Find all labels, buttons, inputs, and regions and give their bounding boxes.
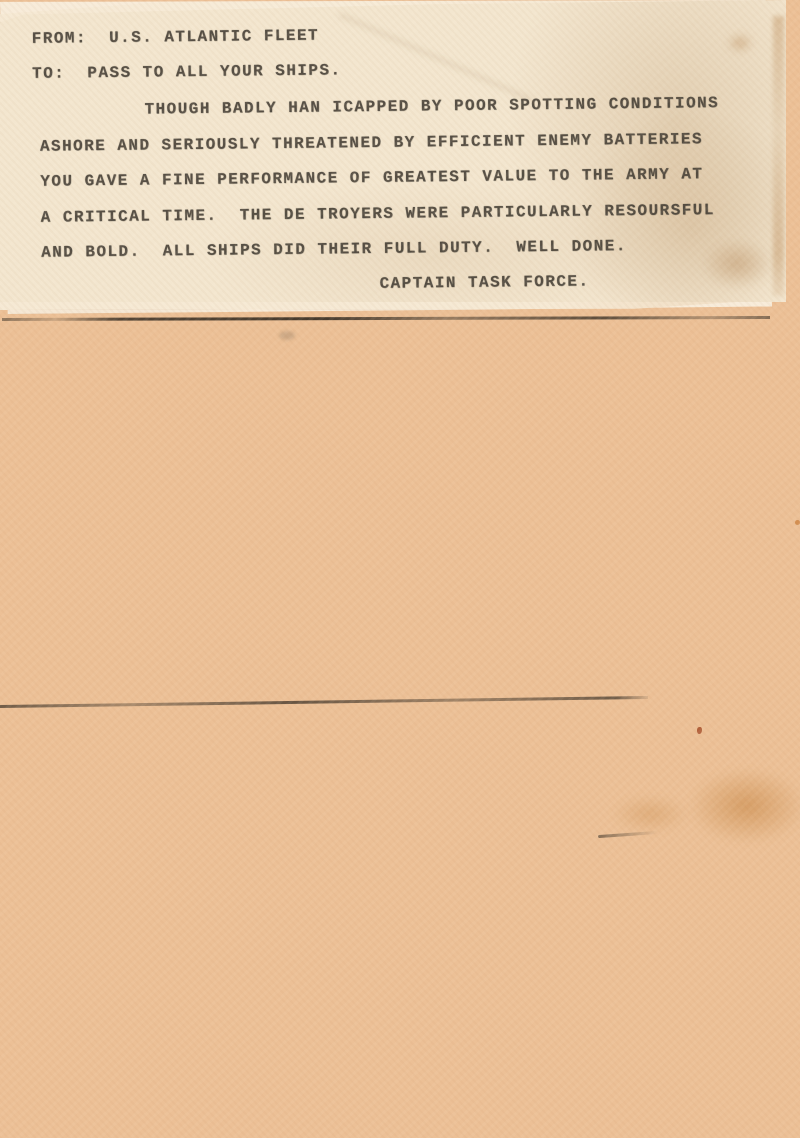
scrapbook-page: FROM: COMMANDER BATTLESHIP DIVISION FIVE… <box>0 0 800 1138</box>
typed-text-block: FROM: U.S. ATLANTIC FLEETTO: PASS TO ALL… <box>0 0 788 304</box>
brown-stain-small <box>598 788 702 840</box>
typed-line: AND BOLD. ALL SHIPS DID THEIR FULL DUTY.… <box>41 238 627 262</box>
typed-line: FROM: U.S. ATLANTIC FLEET <box>32 28 320 49</box>
brown-stain-large <box>688 768 800 844</box>
torn-edge-line <box>2 316 770 321</box>
torn-edge-line <box>0 696 648 708</box>
message-strip-3: FROM: U.S. ATLANTIC FLEETTO: PASS TO ALL… <box>0 0 786 302</box>
torn-edge-mark <box>598 831 658 838</box>
orange-speck <box>795 520 800 525</box>
typed-line: YOU GAVE A FINE PERFORMANCE OF GREATEST … <box>40 166 703 191</box>
typed-line: THOUGH BADLY HAN ICAPPED BY POOR SPOTTIN… <box>144 95 719 119</box>
pencil-smudge <box>279 331 295 340</box>
red-speck <box>697 727 702 734</box>
typed-line: ASHORE AND SERIOUSLY THREATENED BY EFFIC… <box>40 131 703 156</box>
typed-line: A CRITICAL TIME. THE DE TROYERS WERE PAR… <box>41 202 715 227</box>
typed-line: TO: PASS TO ALL YOUR SHIPS. <box>32 62 342 83</box>
typed-line: CAPTAIN TASK FORCE. <box>379 274 589 294</box>
